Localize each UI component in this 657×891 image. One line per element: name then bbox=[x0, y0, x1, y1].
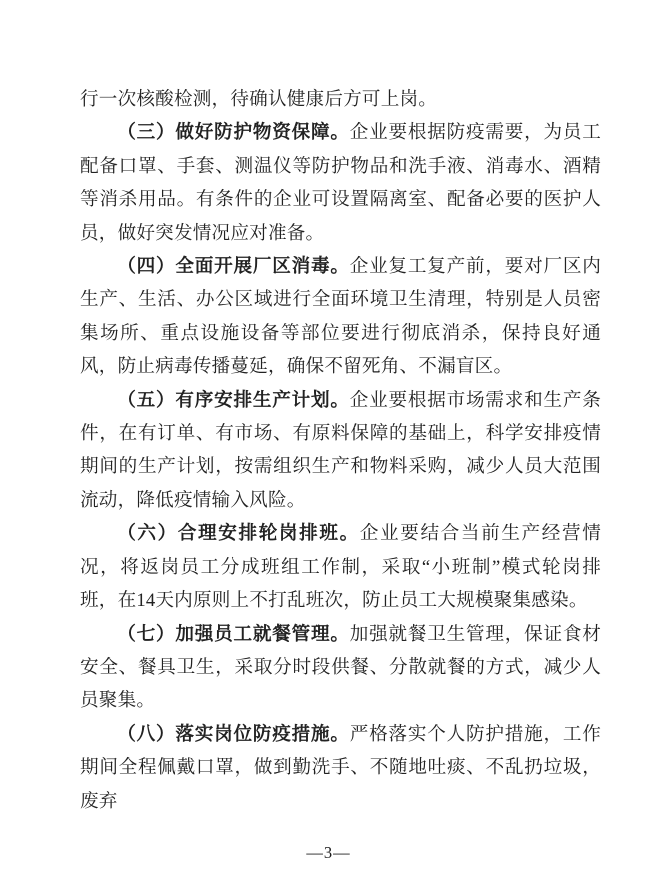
document-body: 行一次核酸检测，待确认健康后方可上岗。 （三）做好防护物资保障。企业要根据防疫需… bbox=[80, 83, 601, 818]
paragraph: 行一次核酸检测，待确认健康后方可上岗。 bbox=[80, 83, 601, 116]
paragraph-heading: （七）加强员工就餐管理。 bbox=[117, 624, 350, 645]
paragraph: （五）有序安排生产计划。企业要根据市场需求和生产条件，在有订单、有市场、有原料保… bbox=[80, 384, 601, 518]
paragraph: （七）加强员工就餐管理。加强就餐卫生管理，保证食材安全、餐具卫生，采取分时段供餐… bbox=[80, 618, 601, 718]
paragraph-text: 行一次核酸检测，待确认健康后方可上岗。 bbox=[80, 89, 437, 110]
paragraph: （三）做好防护物资保障。企业要根据防疫需要，为员工配备口罩、手套、测温仪等防护物… bbox=[80, 116, 601, 250]
paragraph-heading: （五）有序安排生产计划。 bbox=[117, 390, 350, 411]
paragraph-heading: （四）全面开展厂区消毒。 bbox=[117, 256, 350, 277]
paragraph-heading: （八）落实岗位防疫措施。 bbox=[117, 724, 350, 745]
paragraph-heading: （三）做好防护物资保障。 bbox=[117, 122, 350, 143]
paragraph: （四）全面开展厂区消毒。企业复工复产前，要对厂区内生产、生活、办公区域进行全面环… bbox=[80, 250, 601, 384]
document-page: 行一次核酸检测，待确认健康后方可上岗。 （三）做好防护物资保障。企业要根据防疫需… bbox=[0, 0, 657, 891]
paragraph: （六）合理安排轮岗排班。企业要结合当前生产经营情况，将返岗员工分成班组工作制，采… bbox=[80, 517, 601, 617]
paragraph: （八）落实岗位防疫措施。严格落实个人防护措施，工作期间全程佩戴口罩，做到勤洗手、… bbox=[80, 718, 601, 818]
paragraph-heading: （六）合理安排轮岗排班。 bbox=[117, 523, 360, 544]
page-number: —3— bbox=[0, 843, 657, 863]
